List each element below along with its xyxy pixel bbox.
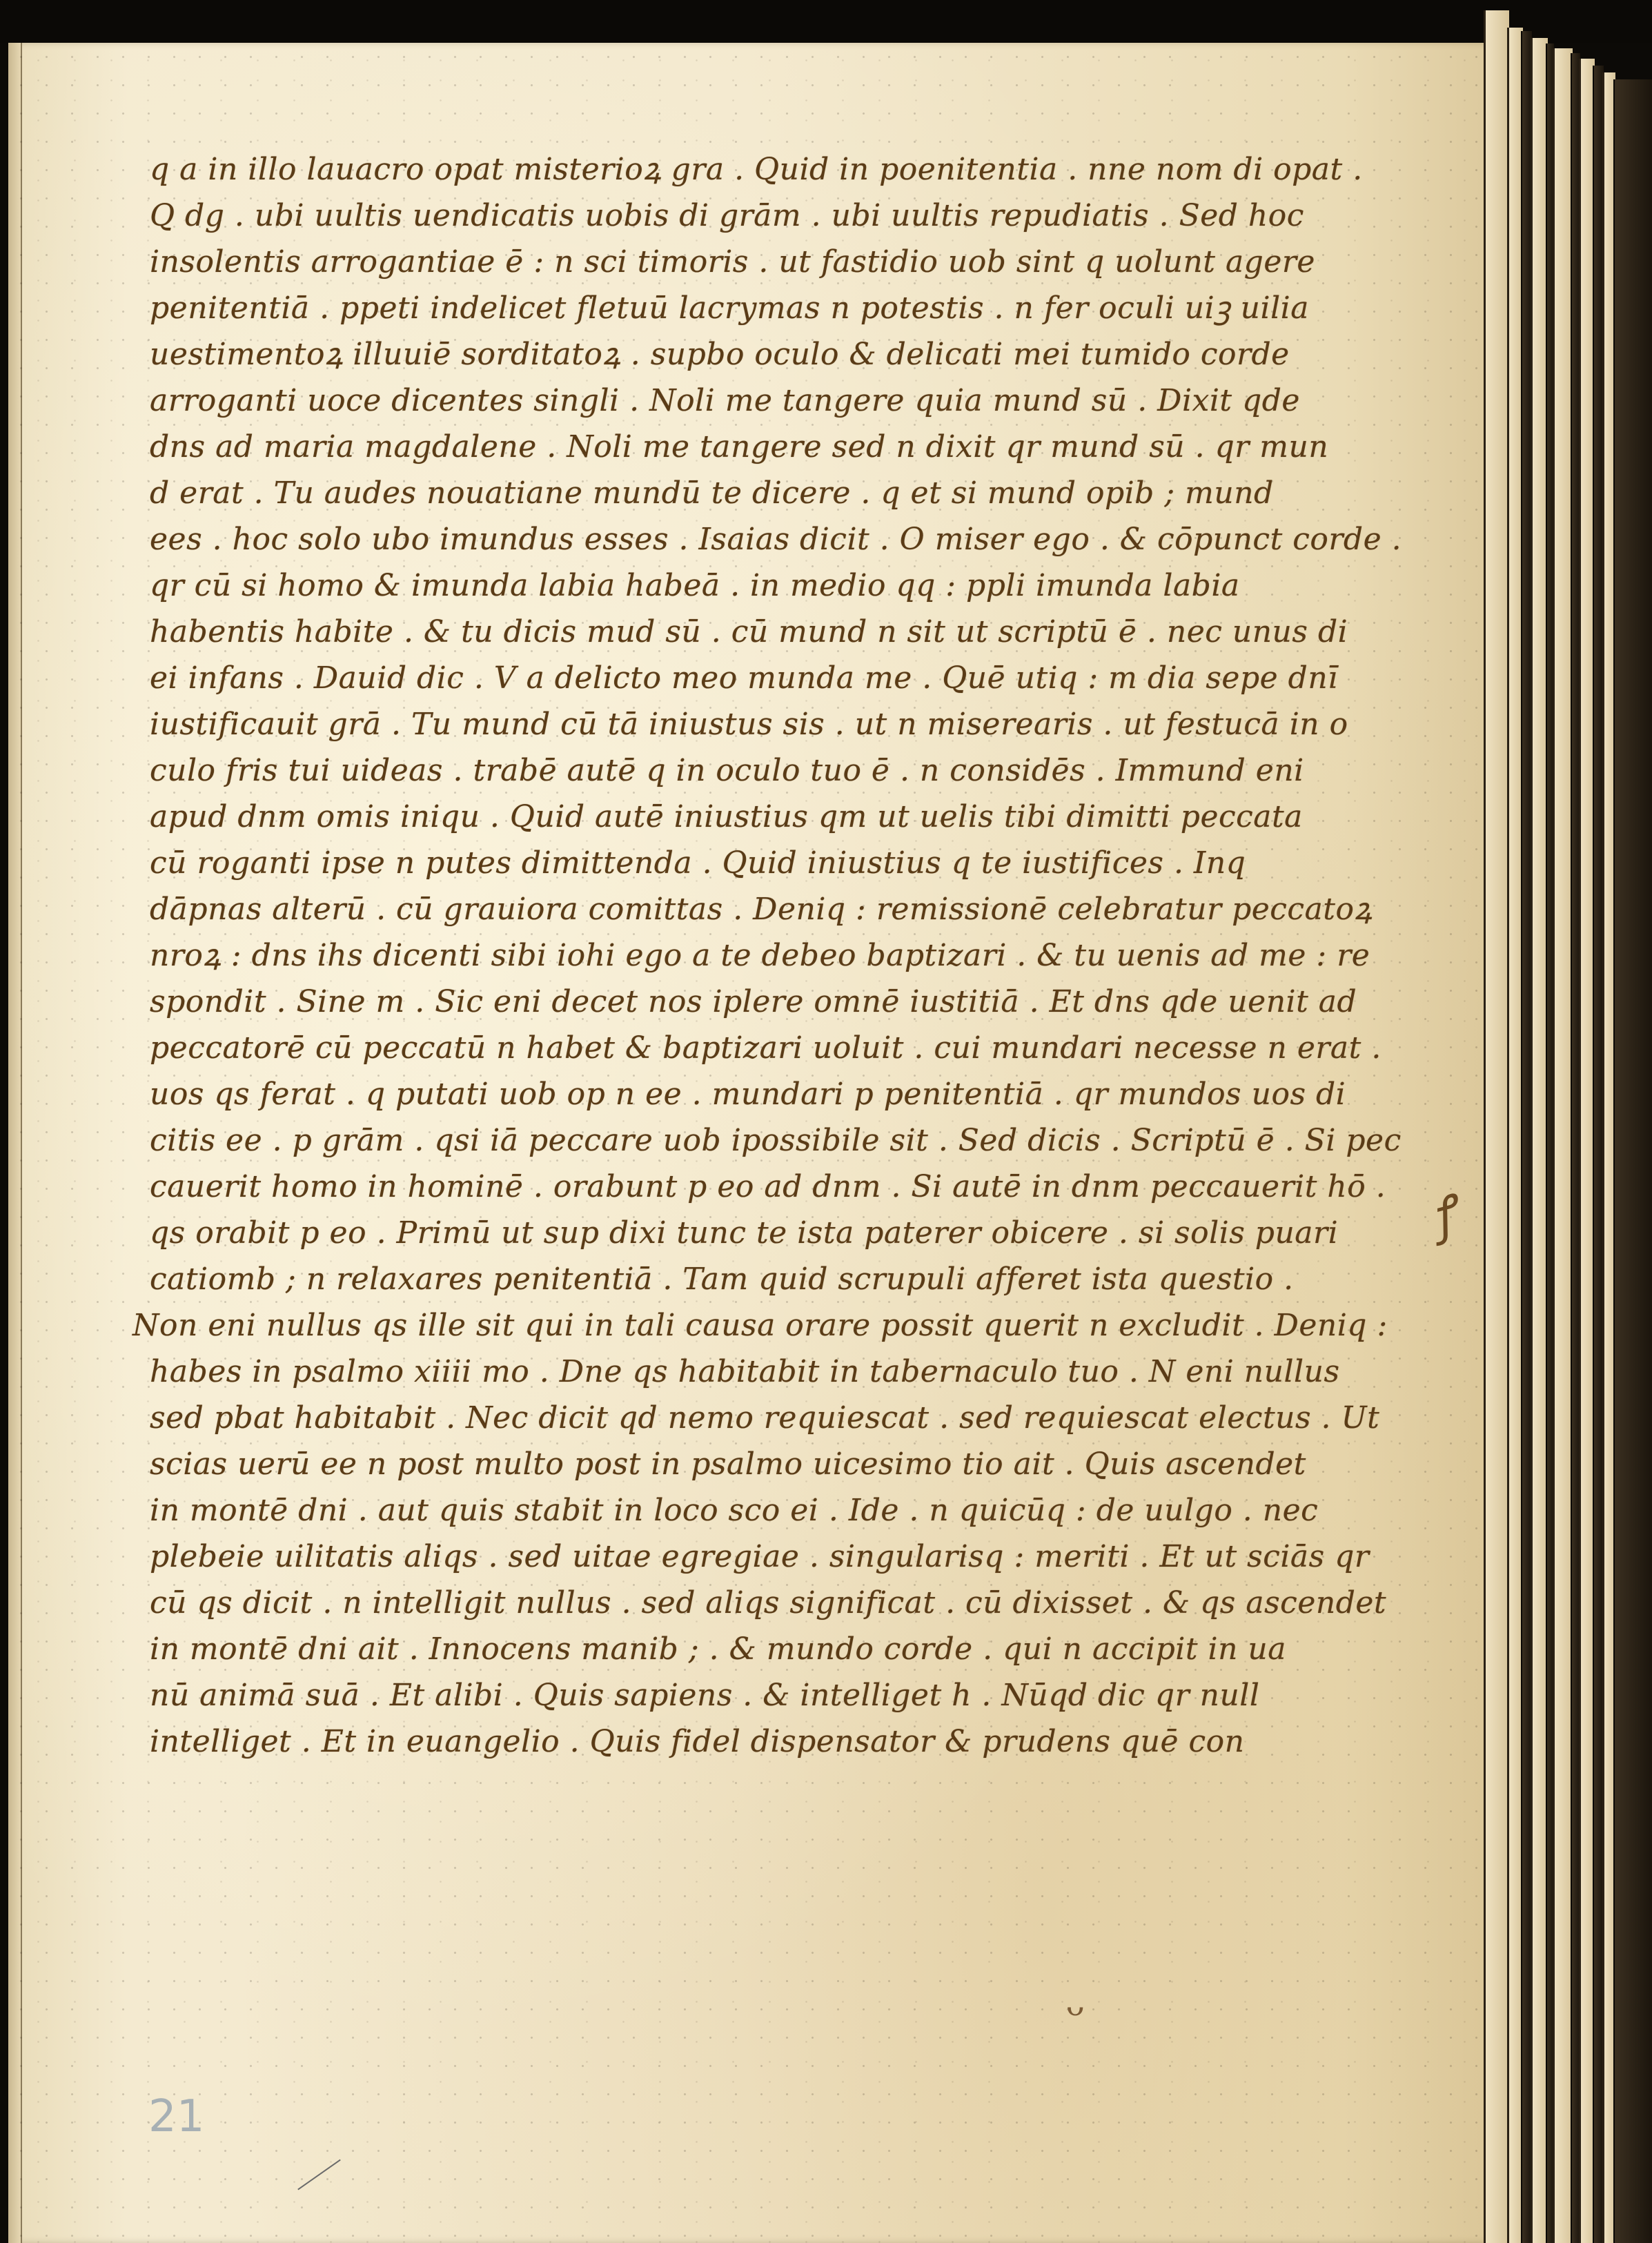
text-line: d erat . Tu audes nouatiane mundū te dic… (150, 470, 1399, 516)
text-line: arroganti uoce dicentes singli . Noli me… (150, 378, 1399, 424)
stray-ink-mark: ᴗ (1066, 1988, 1085, 2023)
gutter-edge (8, 43, 22, 2243)
text-line: cū roganti ipse n putes dimittenda . Qui… (150, 840, 1399, 886)
text-line: dāpnas alterū . cū grauiora comittas . D… (150, 886, 1399, 932)
text-line: plebeie uilitatis aliqs . sed uitae egre… (150, 1534, 1399, 1580)
text-line: scias uerū ee n post multo post in psalm… (150, 1441, 1399, 1487)
text-line: apud dnm omis iniqu . Quid autē iniustiu… (150, 794, 1399, 840)
text-line: cauerit homo in hominē . orabunt p eo ad… (150, 1164, 1399, 1210)
text-line: habes in psalmo xiiii mo . Dne qs habita… (150, 1349, 1399, 1395)
text-line: insolentis arrogantiae ē : n sci timoris… (150, 239, 1399, 285)
text-line: nroꝝ : dns ihs dicenti sibi iohi ego a t… (150, 932, 1399, 979)
text-line: iustificauit grā . Tu mund cū tā iniustu… (150, 701, 1399, 747)
leaf-edge (1613, 79, 1652, 2243)
folio-number: 21 (148, 2091, 204, 2142)
text-line: culo fris tui uideas . trabē autē q in o… (150, 747, 1399, 794)
leaf-edge (1553, 48, 1573, 2243)
background-dark-top (0, 0, 1652, 43)
text-line: catiomb ; n relaxares penitentiā . Tam q… (150, 1256, 1399, 1302)
text-line: in montē dni . aut quis stabit in loco s… (150, 1487, 1399, 1534)
text-line: Q dg . ubi uultis uendicatis uobis di gr… (150, 193, 1399, 239)
manuscript-page: q a in illo lauacro opat misterioꝝ gra .… (8, 43, 1492, 2243)
text-line: peccatorē cū peccatū n habet & baptizari… (150, 1025, 1399, 1071)
text-line: ees . hoc solo ubo imundus esses . Isaia… (150, 516, 1399, 562)
text-line: sed pbat habitabit . Nec dicit qd nemo r… (150, 1395, 1399, 1441)
text-line: nū animā suā . Et alibi . Quis sapiens .… (150, 1672, 1399, 1718)
text-line: in montē dni ait . Innocens manib ; . & … (150, 1626, 1399, 1672)
book-fore-edge (1484, 10, 1652, 2243)
text-line: spondit . Sine m . Sic eni decet nos ipl… (150, 979, 1399, 1025)
text-line: ei infans . Dauid dic . V a delicto meo … (150, 655, 1399, 701)
text-line: qr cū si homo & imunda labia habeā . in … (150, 562, 1399, 609)
text-line: intelliget . Et in euangelio . Quis fide… (150, 1718, 1399, 1765)
text-line: uos qs ferat . q putati uob op n ee . mu… (150, 1071, 1399, 1117)
leaf-edge (1484, 10, 1509, 2243)
text-line: dns ad maria magdalene . Noli me tangere… (150, 424, 1399, 470)
text-line: habentis habite . & tu dicis mud sū . cū… (150, 609, 1399, 655)
text-block: q a in illo lauacro opat misterioꝝ gra .… (150, 146, 1399, 1765)
text-line: penitentiā . ppeti indelicet fletuū lacr… (150, 285, 1399, 331)
text-line: uestimentoꝝ illuuiē sorditatoꝝ . supbo o… (150, 331, 1399, 378)
text-line: citis ee . p grām . qsi iā peccare uob i… (150, 1117, 1399, 1164)
text-line: cū qs dicit . n intelligit nullus . sed … (150, 1580, 1399, 1626)
text-line: Non eni nullus qs ille sit qui in tali c… (132, 1302, 1399, 1349)
text-line: q a in illo lauacro opat misterioꝝ gra .… (150, 146, 1399, 193)
text-line: qs orabit p eo . Primū ut sup dixi tunc … (150, 1210, 1399, 1256)
